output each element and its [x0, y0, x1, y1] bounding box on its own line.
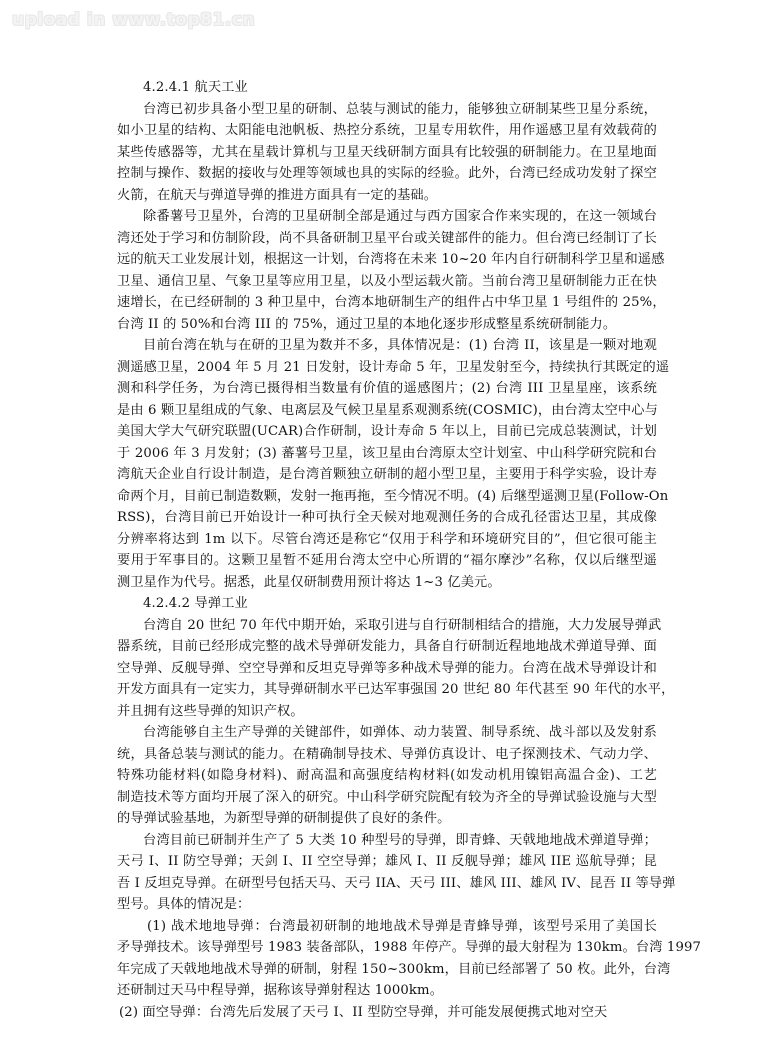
- text-line: 某些传感器等，尤其在星载计算机与卫星天线研制方面具有比较强的研制能力。在卫星地面: [117, 142, 657, 164]
- section-missile-body: 台湾自 20 世纪 70 年代中期开始，采取引进与自行研制相结合的措施，大力发展…: [117, 615, 657, 1024]
- text-line: 空导弹、反舰导弹、空空导弹和反坦克导弹等多种战术导弹的能力。台湾在战术导弹设计和: [117, 658, 657, 680]
- text-line: 台湾 II 的 50%和台湾 III 的 75%，通过卫星的本地化逐步形成整星系…: [117, 314, 657, 336]
- text-line: 测遥感卫星，2004 年 5 月 21 日发射，设计寿命 5 年，卫星发射至今，…: [117, 357, 657, 379]
- text-line: 卫星、通信卫星、气象卫星等应用卫星，以及小型运载火箭。当前台湾卫星研制能力正在快: [117, 271, 657, 293]
- text-line: 湾航天企业自行设计制造，是台湾首颗独立研制的超小型卫星，主要用于科学实验，设计寿: [117, 464, 657, 486]
- text-line: 台湾目前已研制并生产了 5 大类 10 种型号的导弹，即青蜂、天戟地地战术弹道导…: [117, 830, 657, 852]
- text-line: 矛导弹技术。该导弹型号 1983 装备部队，1988 年停产。导弹的最大射程为 …: [117, 937, 657, 959]
- text-line: 目前台湾在轨与在研的卫星为数并不多，具体情况是：(1) 台湾 II，该星是一颗对…: [117, 335, 657, 357]
- text-line: 制造技术等方面均开展了深入的研究。中山科学研究院配有较为齐全的导弹试验设施与大型: [117, 787, 657, 809]
- text-line: 美国大学大气研究联盟(UCAR)合作研制，设计寿命 5 年以上，目前已完成总装测…: [117, 421, 657, 443]
- text-line: 器系统，目前已经形成完整的战术导弹研发能力，具备自行研制近程地地战术弹道导弹、面: [117, 636, 657, 658]
- text-line: 并且拥有这些导弹的知识产权。: [117, 701, 657, 723]
- section-heading-aerospace: 4.2.4.1 航天工业: [117, 77, 657, 99]
- text-line: (2) 面空导弹：台湾先后发展了天弓 I、II 型防空导弹，并可能发展便携式地对…: [117, 1002, 657, 1024]
- text-line: 统，具备总装与测试的能力。在精确制导技术、导弹仿真设计、电子探测技术、气动力学、: [117, 744, 657, 766]
- text-line: RSS)，台湾目前已开始设计一种可执行全天候对地观测任务的合成孔径雷达卫星，其成…: [117, 507, 657, 529]
- text-line: 台湾能够自主生产导弹的关键部件，如弹体、动力装置、制导系统、战斗部以及发射系: [117, 722, 657, 744]
- section-aerospace-body: 台湾已初步具备小型卫星的研制、总装与测试的能力，能够独立研制某些卫星分系统，如小…: [117, 99, 657, 594]
- text-line: 命两个月，目前已制造数颗，发射一拖再拖，至今情况不明。(4) 后继型遥测卫星(F…: [117, 486, 657, 508]
- text-line: 测卫星作为代号。据悉，此星仅研制费用预计将达 1~3 亿美元。: [117, 572, 657, 594]
- text-line: 控制与操作、数据的接收与处理等领域也具的实际的经验。此外，台湾已经成功发射了探空: [117, 163, 657, 185]
- text-line: 的导弹试验基地，为新型导弹的研制提供了良好的条件。: [117, 808, 657, 830]
- text-line: 除番薯号卫星外，台湾的卫星研制全部是通过与西方国家合作来实现的，在这一领域台: [117, 206, 657, 228]
- text-line: 是由 6 颗卫星组成的气象、电离层及气候卫星星系观测系统(COSMIC)，由台湾…: [117, 400, 657, 422]
- section-heading-missile: 4.2.4.2 导弹工业: [117, 593, 657, 615]
- text-line: 如小卫星的结构、太阳能电池帆板、热控分系统，卫星专用软件，用作遥感卫星有效载荷的: [117, 120, 657, 142]
- text-line: 测和科学任务，为台湾已摄得相当数量有价值的遥感图片；(2) 台湾 III 卫星星…: [117, 378, 657, 400]
- text-line: 远的航天工业发展计划，根据这一计划，台湾将在未来 10~20 年内自行研制科学卫…: [117, 249, 657, 271]
- text-line: 天弓 I、II 防空导弹；天剑 I、II 空空导弹；雄风 I、II 反舰导弹；雄…: [117, 851, 657, 873]
- text-line: 速增长，在已经研制的 3 种卫星中，台湾本地研制生产的组件占中华卫星 1 号组件…: [117, 292, 657, 314]
- document-page: 4.2.4.1 航天工业 台湾已初步具备小型卫星的研制、总装与测试的能力，能够独…: [117, 77, 657, 1023]
- text-line: 台湾自 20 世纪 70 年代中期开始，采取引进与自行研制相结合的措施，大力发展…: [117, 615, 657, 637]
- text-line: 湾还处于学习和仿制阶段，尚不具备研制卫星平台或关键部件的能力。但台湾已经制订了长: [117, 228, 657, 250]
- text-line: (1) 战术地地导弹：台湾最初研制的地地战术导弹是青蜂导弹，该型号采用了美国长: [117, 916, 657, 938]
- text-line: 台湾已初步具备小型卫星的研制、总装与测试的能力，能够独立研制某些卫星分系统，: [117, 99, 657, 121]
- text-line: 要用于军事目的。这颗卫星暂不延用台湾太空中心所谓的“福尔摩沙”名称，仅以后继型遥: [117, 550, 657, 572]
- text-line: 火箭，在航天与弹道导弹的推进方面具有一定的基础。: [117, 185, 657, 207]
- text-line: 分辨率将达到 1m 以下。尽管台湾还是称它“仅用于科学和环境研究目的”，但它很可…: [117, 529, 657, 551]
- text-line: 还研制过天马中程导弹，据称该导弹射程达 1000km。: [117, 980, 657, 1002]
- text-line: 开发方面具有一定实力，其导弹研制水平已达军事强国 20 世纪 80 年代甚至 9…: [117, 679, 657, 701]
- text-line: 年完成了天戟地地战术导弹的研制，射程 150~300km，目前已经部署了 50 …: [117, 959, 657, 981]
- text-line: 型号。具体的情况是：: [117, 894, 657, 916]
- text-line: 吾 I 反坦克导弹。在研型号包括天马、天弓 IIA、天弓 III、雄风 III、…: [117, 873, 657, 895]
- text-line: 于 2006 年 3 月发射；(3) 蕃薯号卫星，该卫星由台湾原太空计划室、中山…: [117, 443, 657, 465]
- text-line: 特殊功能材料(如隐身材料)、耐高温和高强度结构材料(如发动机用镍铝高温合金)、工…: [117, 765, 657, 787]
- watermark: upload in www.top81.cn: [12, 10, 255, 30]
